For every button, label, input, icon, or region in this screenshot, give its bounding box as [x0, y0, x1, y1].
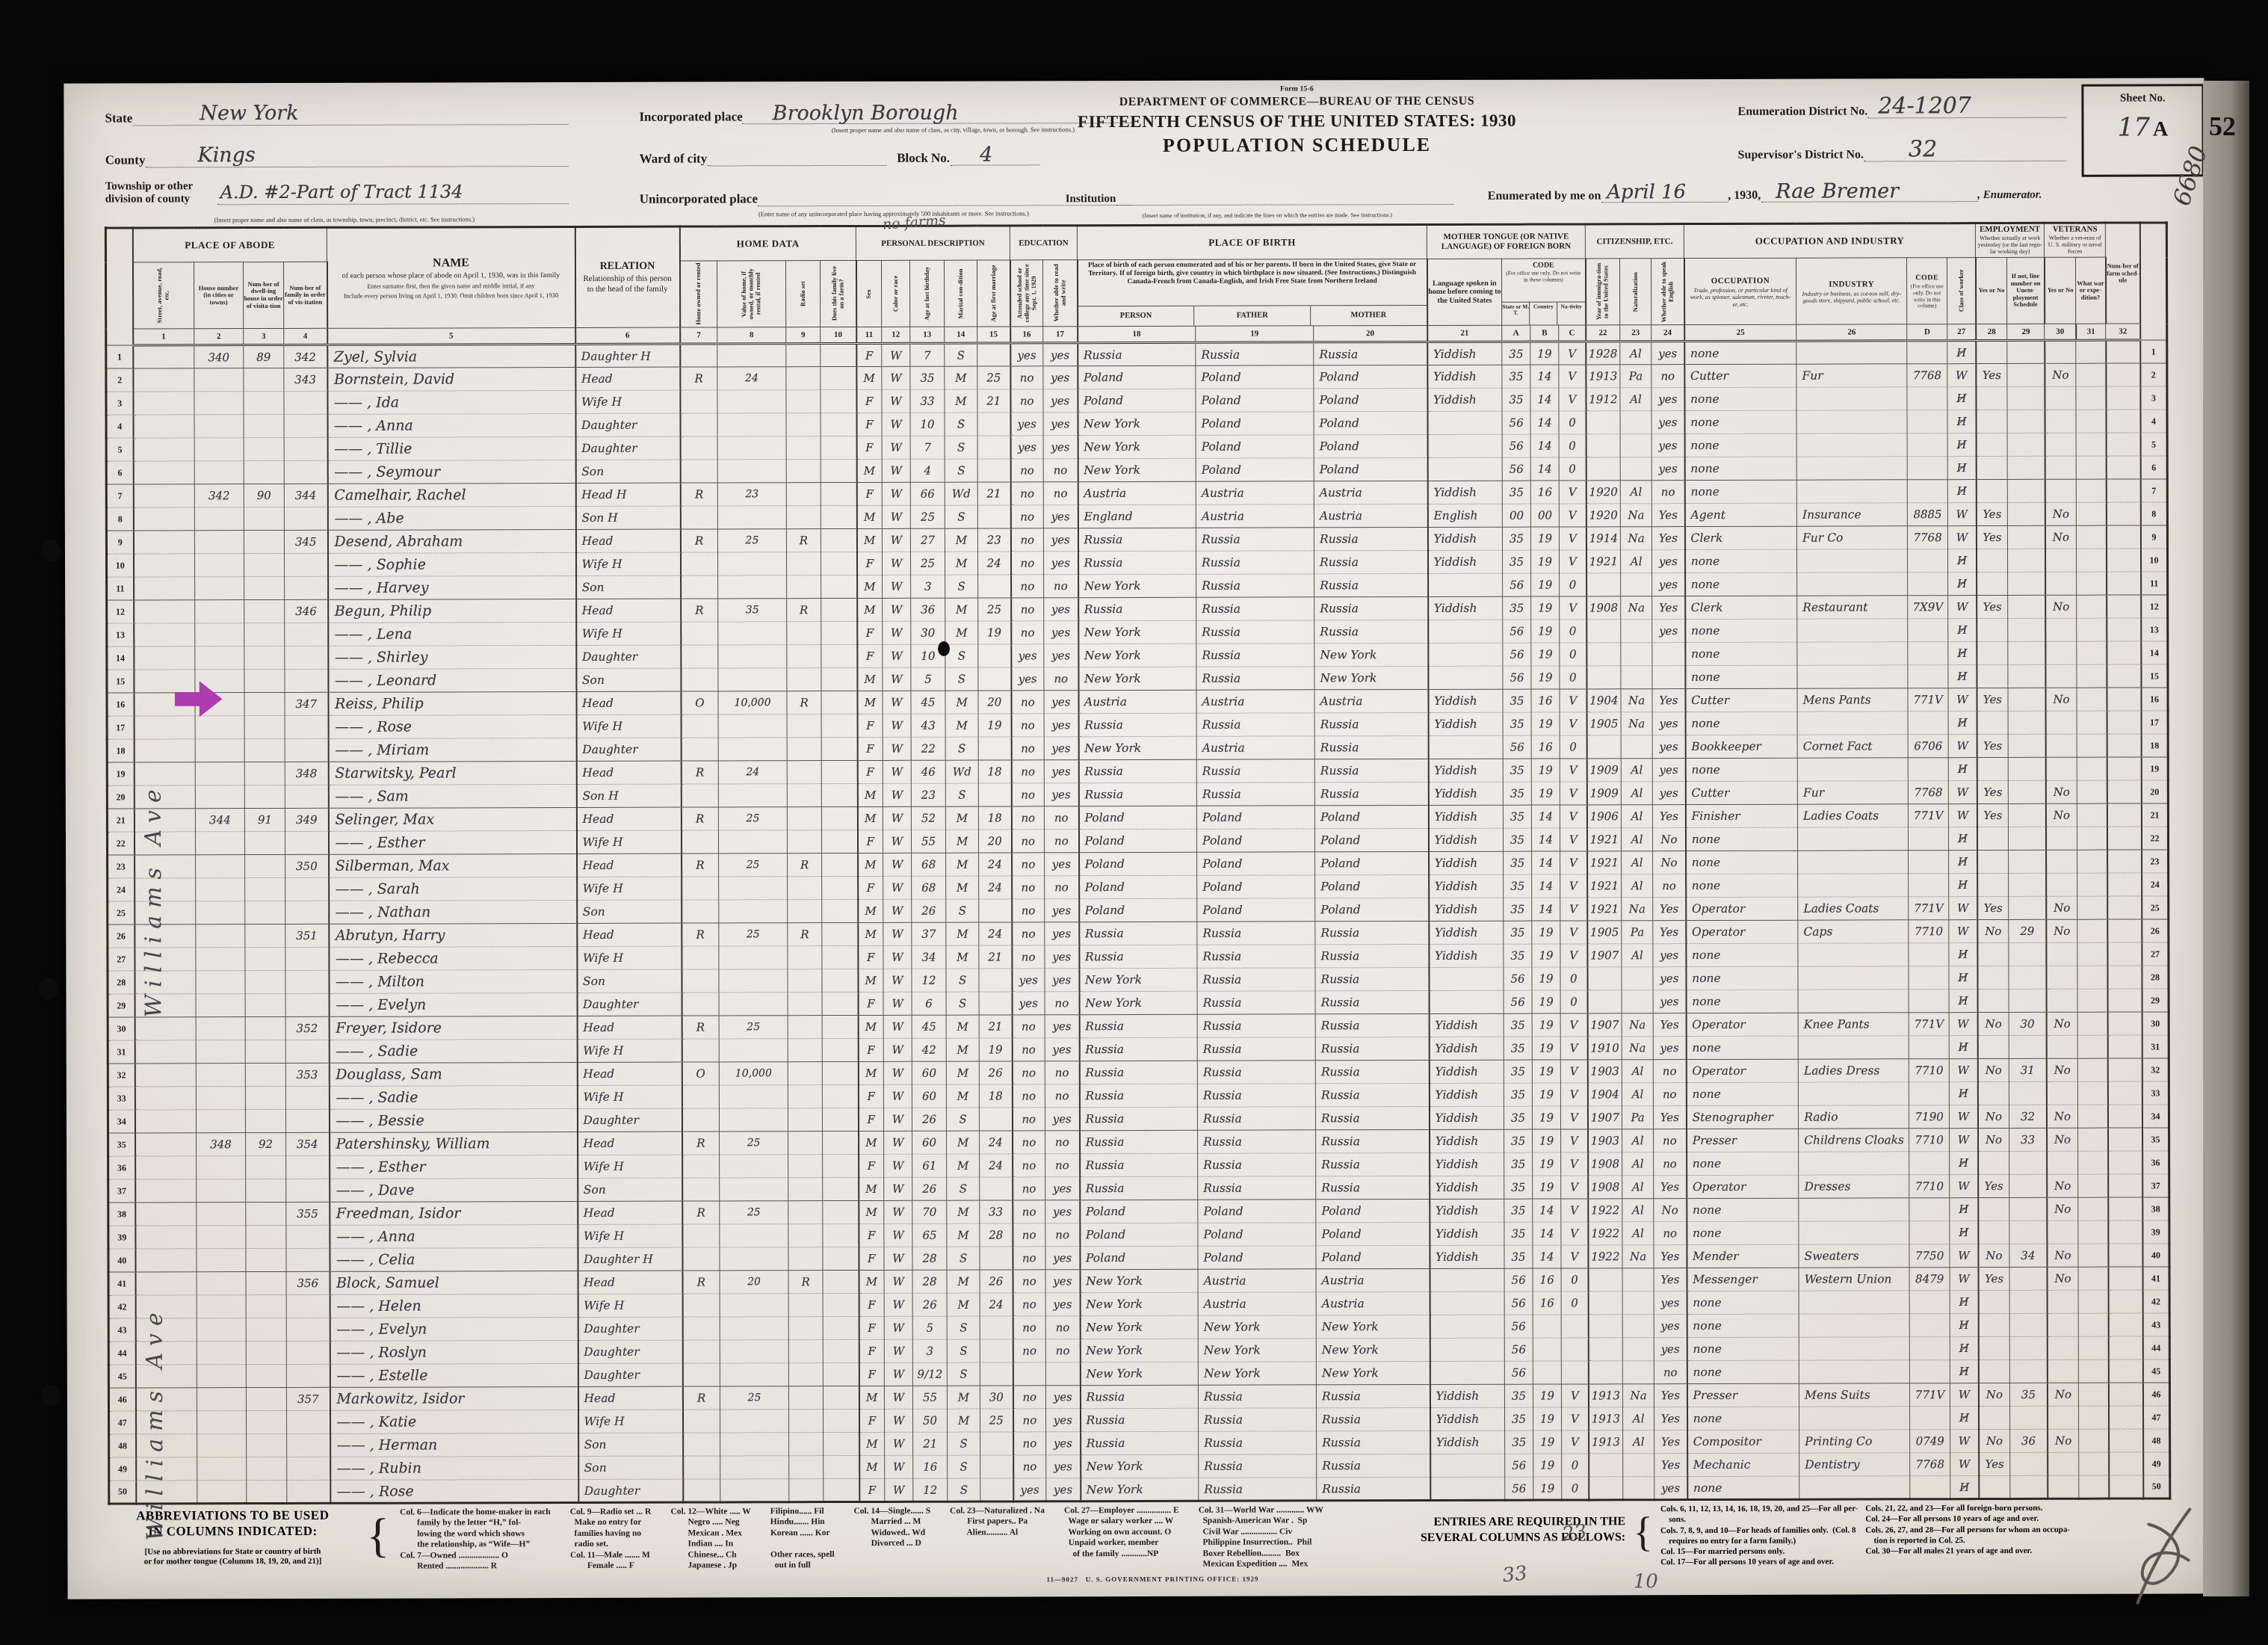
cell-eng: yes — [1653, 990, 1686, 1013]
cell-race: W — [883, 969, 912, 992]
cell-nat — [1622, 1268, 1654, 1291]
cell-ind: Mens Suits — [1799, 1383, 1910, 1407]
cell-d — [244, 553, 284, 576]
cell-f: 353 — [285, 1063, 329, 1086]
cell-pb: Poland — [1079, 852, 1197, 875]
cell-mar: M — [946, 922, 979, 945]
cell-war — [2079, 1383, 2109, 1406]
line-number: 3 — [106, 392, 133, 415]
cell-w: No — [1977, 1058, 2009, 1081]
cell-agem: 24 — [980, 1154, 1013, 1177]
cell-rel: Son — [576, 575, 681, 599]
cell-cc: V — [1561, 1106, 1588, 1129]
cell-farm — [821, 760, 857, 783]
cell-imm: 1928 — [1586, 342, 1620, 365]
cell-d — [244, 738, 285, 762]
cell-val — [719, 993, 788, 1016]
cell-occ: Bookkeeper — [1685, 735, 1797, 758]
line-number-column-right — [2140, 223, 2167, 340]
cell-name: —— , Abe — [327, 506, 575, 530]
cell-sch: no — [1012, 876, 1045, 899]
cell-sex: F — [857, 621, 883, 644]
cell-ca: 56 — [1505, 1477, 1533, 1500]
cell-agem — [977, 436, 1010, 459]
cell-cb: 19 — [1533, 1430, 1562, 1454]
cell-lang — [1427, 434, 1502, 457]
cell-sch: no — [1011, 783, 1044, 806]
cell-farm — [821, 552, 857, 575]
cell-war — [2077, 942, 2107, 966]
cell-pb: Russia — [1080, 1176, 1198, 1200]
cell-name: —— , Seymour — [327, 460, 575, 484]
cell-ind: Western Union — [1799, 1268, 1909, 1291]
cell-vet: No — [2048, 1429, 2079, 1452]
cell-h — [197, 1434, 247, 1457]
cell-rw: yes — [1044, 621, 1078, 644]
line-number: 40 — [2142, 1244, 2169, 1267]
cell-w: Yes — [1977, 780, 2008, 803]
cell-fs — [2107, 873, 2142, 896]
cell-agem — [977, 505, 1010, 528]
line-number: 18 — [107, 739, 134, 762]
cell-w: No — [1978, 1105, 2009, 1128]
cell-farm — [824, 1432, 859, 1455]
cell-ca: 56 — [1503, 735, 1531, 759]
cell-mar: M — [947, 1131, 980, 1154]
cell-cb: 14 — [1533, 1199, 1561, 1222]
cell-age: 68 — [912, 853, 946, 876]
cell-w — [1977, 757, 2008, 780]
cell-cls: W — [1950, 1383, 1979, 1407]
cell-race: W — [883, 760, 911, 783]
cell-vet: No — [2047, 1174, 2078, 1197]
cell-fs — [2108, 1336, 2142, 1359]
film-blob — [41, 540, 61, 562]
cell-pb: Russia — [1079, 1014, 1197, 1037]
cell-own — [682, 1294, 720, 1317]
cell-age: 66 — [910, 482, 945, 505]
cell-u — [2009, 1081, 2047, 1105]
line-number: 12 — [107, 600, 134, 623]
cell-ind — [1798, 990, 1909, 1013]
cell-u — [2008, 572, 2045, 595]
cell-pb: Russia — [1079, 1037, 1197, 1061]
cell-u — [2009, 1151, 2047, 1174]
cell-sch: no — [1013, 1270, 1045, 1293]
cell-pbf: Russia — [1197, 1014, 1315, 1037]
cell-nat — [1622, 1315, 1654, 1338]
state-field: State New York — [105, 105, 568, 126]
cell-agem: 24 — [979, 853, 1012, 876]
cell-pb: Poland — [1078, 806, 1196, 829]
cell-u — [2008, 711, 2045, 734]
cell-agem: 24 — [980, 1131, 1013, 1154]
cell-own — [683, 1433, 720, 1456]
column-immigration-year: Year of immigra-tion to the United State… — [1586, 259, 1620, 325]
cell-rw: yes — [1044, 552, 1078, 575]
cell-h — [194, 415, 244, 438]
cell-nat: Na — [1621, 596, 1652, 620]
cell-pb: Russia — [1079, 945, 1197, 968]
cell-f — [284, 414, 327, 437]
cell-name: Douglass, Sam — [329, 1062, 577, 1086]
cell-name: —— , Nathan — [329, 900, 577, 924]
cell-pb: Russia — [1080, 1385, 1198, 1408]
cell-age: 61 — [912, 1154, 947, 1177]
group-veterans: VETERANS Whether a vet-eran of U. S. mil… — [2045, 223, 2106, 257]
group-mother-tongue: MOTHER TONGUE (OR NATIVE LANGUAGE) OF FO… — [1427, 224, 1585, 259]
ed-label: Enumeration District No. — [1737, 105, 1867, 118]
cell-farm — [821, 714, 857, 737]
cell-lang: Yiddish — [1429, 1060, 1504, 1083]
column-relation: RELATION Relationship of this person to … — [575, 226, 679, 327]
column-number-21: 21 — [1427, 325, 1502, 342]
cell-d — [245, 1063, 285, 1086]
cell-pbm: Poland — [1314, 457, 1427, 481]
cell-mar: M — [945, 714, 978, 737]
cell-cb: 14 — [1530, 388, 1559, 411]
cell-race: W — [884, 1386, 912, 1409]
cell-mar: S — [945, 436, 977, 459]
cell-own: R — [682, 854, 719, 877]
cell-fs — [2107, 757, 2141, 780]
enumerator-name: Rae Bremer — [1776, 179, 1899, 203]
cell-rel: Wife H — [576, 622, 681, 645]
cell-rel: Head — [578, 1271, 682, 1294]
cell-farm — [822, 876, 858, 899]
cell-name: Selinger, Max — [328, 807, 576, 831]
cell-pb: New York — [1078, 667, 1196, 690]
film-blob — [39, 978, 58, 1000]
cell-own: R — [682, 1271, 720, 1294]
cell-ca: 35 — [1502, 388, 1530, 411]
cell-code: 771V — [1909, 1013, 1949, 1036]
cell-h — [196, 1064, 245, 1087]
cell-rw: yes — [1043, 505, 1078, 528]
cell-occ: none — [1686, 827, 1798, 851]
cell-mar: S — [945, 667, 978, 691]
cell-cb: 14 — [1531, 805, 1560, 828]
cell-agem: 25 — [980, 1409, 1013, 1432]
cell-ca: 56 — [1502, 411, 1530, 434]
cell-fs — [2107, 966, 2142, 989]
street-name-handwriting: Williams Ave — [139, 359, 167, 1017]
cell-val: 25 — [720, 1201, 788, 1224]
cell-own — [682, 969, 719, 993]
cell-code — [1907, 433, 1947, 457]
cell-nat — [1622, 1338, 1654, 1361]
cell-rw: no — [1045, 1084, 1079, 1108]
cell-imm: 1904 — [1587, 1083, 1622, 1106]
cell-farm — [821, 366, 856, 389]
cell-nat: Al — [1622, 1083, 1653, 1106]
cell-agem: 19 — [979, 1038, 1012, 1061]
cell-cls: H̸ — [1950, 1198, 1978, 1221]
cell-war — [2078, 1105, 2108, 1128]
cell-vet — [2046, 873, 2077, 896]
cell-d — [244, 507, 284, 530]
column-birthplace-father: FATHER — [1193, 306, 1310, 325]
cell-agem: 24 — [980, 1293, 1013, 1316]
cell-mar: S — [946, 992, 979, 1015]
cell-pb: England — [1078, 504, 1196, 528]
cell-pb: New York — [1078, 736, 1196, 759]
cell-rel: Daughter — [578, 1340, 682, 1363]
cell-ind: Knee Pants — [1798, 1013, 1909, 1036]
cell-radio — [786, 460, 821, 483]
cell-lang: Yiddish — [1430, 1199, 1504, 1222]
cell-pb: Poland — [1079, 898, 1197, 922]
cell-pbf: Poland — [1196, 389, 1314, 412]
cell-d — [244, 715, 285, 738]
cell-pbm: Austria — [1314, 481, 1427, 504]
cell-w: Yes — [1977, 502, 2008, 525]
line-number: 6 — [106, 461, 133, 484]
line-number: 35 — [108, 1133, 135, 1156]
cell-own — [683, 1456, 720, 1479]
cell-eng: Yes — [1654, 1454, 1687, 1477]
cell-val — [720, 1224, 788, 1247]
column-code-group: CODE (For office use only. Do not write … — [1502, 259, 1586, 325]
cell-ind — [1797, 758, 1908, 781]
cell-name: Block, Samuel — [330, 1271, 578, 1294]
cell-eng: no — [1653, 1060, 1686, 1083]
cell-ind — [1799, 1314, 1909, 1337]
pencil-mark-10: 10 — [1634, 1570, 1658, 1593]
cell-imm: 1903 — [1587, 1060, 1622, 1083]
cell-war — [2077, 641, 2107, 664]
cell-rw: yes — [1045, 1293, 1080, 1316]
cell-radio — [788, 900, 822, 923]
column-number-B: B — [1530, 325, 1559, 342]
cell-radio — [788, 1016, 822, 1039]
cell-nat: Al — [1622, 944, 1653, 967]
cell-vet — [2047, 1151, 2078, 1174]
cell-w — [1977, 572, 2008, 595]
line-number: 28 — [2142, 966, 2169, 989]
cell-war — [2079, 1406, 2109, 1429]
ward-block-field: Ward of city Block No. 4 — [640, 145, 1133, 167]
group-citizenship: CITIZENSHIP, ETC. — [1585, 224, 1684, 259]
cell-farm — [822, 853, 858, 876]
cell-war — [2077, 664, 2107, 688]
cell-cls: H̸ — [1947, 433, 1976, 457]
cell-mar: M — [947, 1223, 980, 1247]
form-header: State New York County Kings Township or … — [64, 78, 2204, 83]
cell-rel: Son — [575, 460, 680, 483]
cell-h — [197, 1481, 247, 1504]
cell-mar: M — [947, 1293, 980, 1316]
cell-eng: yes — [1652, 620, 1685, 643]
cell-race: W — [882, 482, 910, 505]
cell-lang: Yiddish — [1429, 1037, 1504, 1060]
cell-cls: W — [1950, 1129, 1978, 1152]
cell-pbf: Russia — [1197, 945, 1315, 968]
cell-farm — [821, 667, 857, 691]
cell-imm: 1921 — [1587, 898, 1622, 921]
cell-ind — [1799, 1291, 1909, 1314]
cell-sex: F — [858, 876, 883, 899]
cell-nat — [1623, 1454, 1654, 1477]
cell-lang: Yiddish — [1427, 481, 1502, 504]
cell-cls: H̸ — [1949, 1036, 1977, 1059]
line-number: 7 — [2140, 479, 2167, 502]
cell-sex: F — [858, 992, 883, 1015]
column-number-C: C — [1559, 325, 1586, 342]
cell-eng: yes — [1653, 967, 1686, 990]
cell-f — [284, 507, 327, 530]
cell-name: Zyel, Sylvia — [327, 344, 575, 368]
cell-occ: none — [1685, 712, 1797, 735]
cell-own: R — [680, 529, 717, 552]
cell-ind — [1799, 1337, 1909, 1360]
cell-ind — [1796, 387, 1907, 410]
cell-ind: Fur — [1796, 364, 1907, 387]
cell-rel: Head — [578, 1132, 682, 1155]
cell-own — [682, 1340, 720, 1363]
cell-agem — [980, 1177, 1013, 1200]
cell-sex: M — [859, 1200, 884, 1223]
cell-cb: 19 — [1531, 596, 1560, 620]
cell-farm — [822, 922, 858, 945]
cell-age: 25 — [910, 505, 945, 528]
cell-pbm: Poland — [1314, 434, 1427, 457]
cell-radio — [788, 830, 822, 854]
cell-cc: V — [1560, 851, 1587, 874]
cell-cb: 19 — [1533, 1129, 1561, 1152]
cell-imm — [1588, 1291, 1622, 1315]
group-occupation-industry: OCCUPATION AND INDUSTRY — [1684, 223, 1975, 259]
cell-ca: 56 — [1504, 1315, 1533, 1338]
column-number-D: D — [1907, 324, 1947, 341]
cell-name: —— , Roslyn — [330, 1340, 578, 1364]
cell-u — [2007, 433, 2045, 456]
cell-occ: none — [1685, 758, 1797, 781]
cell-code — [1910, 1476, 1950, 1499]
cell-sex: M — [857, 783, 883, 806]
cell-own: O — [682, 1062, 719, 1085]
cell-h — [196, 971, 245, 994]
cell-cc: 0 — [1562, 1454, 1589, 1477]
group-home-data: HOME DATA — [679, 226, 856, 261]
line-number: 48 — [2143, 1429, 2170, 1452]
cell-occ: Operator — [1687, 1175, 1799, 1198]
cell-ca: 35 — [1503, 712, 1531, 735]
cell-pbf: Russia — [1196, 759, 1314, 783]
cell-eng: Yes — [1654, 1268, 1687, 1291]
cell-race: W — [883, 598, 911, 621]
cell-rel: Wife H — [576, 552, 681, 575]
cell-radio — [786, 344, 821, 367]
cell-farm — [821, 806, 857, 830]
cell-race: W — [884, 1200, 912, 1223]
cell-eng: yes — [1651, 342, 1684, 365]
cell-pb: Austria — [1078, 690, 1196, 713]
cell-fs — [2107, 734, 2141, 757]
cell-fs — [2108, 1290, 2142, 1313]
cell-sch: yes — [1010, 343, 1043, 366]
line-number: 50 — [2143, 1475, 2170, 1499]
cell-occ: Presser — [1687, 1383, 1799, 1407]
cell-ind — [1799, 1476, 1910, 1499]
cell-vet — [2048, 1475, 2079, 1499]
block-label: Block No. — [897, 151, 950, 166]
cell-w: No — [1979, 1383, 2010, 1406]
cell-code — [1907, 341, 1947, 364]
cell-eng: Yes — [1653, 921, 1686, 944]
cell-agem — [978, 783, 1011, 806]
cell-sch: no — [1011, 806, 1044, 830]
cell-agem — [978, 575, 1011, 598]
cell-farm — [821, 691, 857, 714]
line-number: 24 — [2142, 873, 2169, 896]
line-number: 45 — [2143, 1359, 2170, 1383]
cell-nat: Al — [1621, 782, 1652, 805]
cell-mar: S — [945, 459, 977, 482]
line-number: 14 — [2141, 641, 2168, 664]
column-number-13: 13 — [910, 327, 945, 343]
cell-agem: 23 — [977, 528, 1010, 552]
cell-cc: 0 — [1560, 735, 1586, 759]
cell-f — [285, 1086, 329, 1109]
cell-code — [1908, 549, 1948, 572]
cell-sch: yes — [1010, 436, 1043, 459]
cell-imm — [1586, 457, 1620, 481]
cell-race: W — [884, 1154, 912, 1177]
cell-code — [1909, 1314, 1950, 1337]
cell-f — [285, 669, 328, 692]
cell-d — [245, 1109, 285, 1132]
cell-sch: no — [1013, 1223, 1045, 1247]
column-number-1: 1 — [133, 329, 194, 345]
cell-radio — [787, 552, 821, 575]
cell-cc: V — [1559, 504, 1586, 527]
column-sex: Sex — [856, 260, 882, 327]
cell-u — [2008, 525, 2045, 549]
cell-imm — [1586, 620, 1621, 643]
cell-race: W — [882, 343, 910, 366]
cell-u — [2009, 803, 2046, 827]
column-occupation: OCCUPATION Trade, profession, or particu… — [1684, 258, 1796, 324]
cell-eng — [1652, 643, 1685, 666]
line-number: 8 — [106, 507, 133, 531]
cell-ind — [1799, 1360, 1909, 1383]
cell-lang: Yiddish — [1430, 1106, 1504, 1129]
cell-sex: F — [859, 1316, 884, 1339]
cell-eng: yes — [1652, 782, 1685, 805]
cell-own — [681, 715, 718, 738]
cell-own — [681, 738, 718, 761]
cell-age: 33 — [910, 389, 945, 413]
line-number: 49 — [2143, 1452, 2170, 1475]
cell-agem: 21 — [977, 389, 1010, 413]
cell-pbf: Poland — [1196, 435, 1314, 458]
cell-cb — [1533, 1315, 1561, 1338]
cell-lang — [1428, 643, 1503, 666]
line-number: 32 — [108, 1064, 135, 1087]
column-color-race: Color or race — [882, 260, 910, 327]
cell-u — [2008, 641, 2045, 664]
cell-rel: Wife H — [577, 830, 682, 854]
cell-age: 55 — [912, 1386, 947, 1409]
film-blob — [41, 1384, 61, 1407]
cell-rw: yes — [1045, 1200, 1080, 1223]
cell-lang — [1427, 457, 1502, 481]
cell-w: No — [1978, 1244, 2009, 1267]
line-number: 11 — [2141, 572, 2168, 595]
cell-rw: no — [1044, 667, 1078, 691]
cell-pb: New York — [1081, 1478, 1199, 1501]
